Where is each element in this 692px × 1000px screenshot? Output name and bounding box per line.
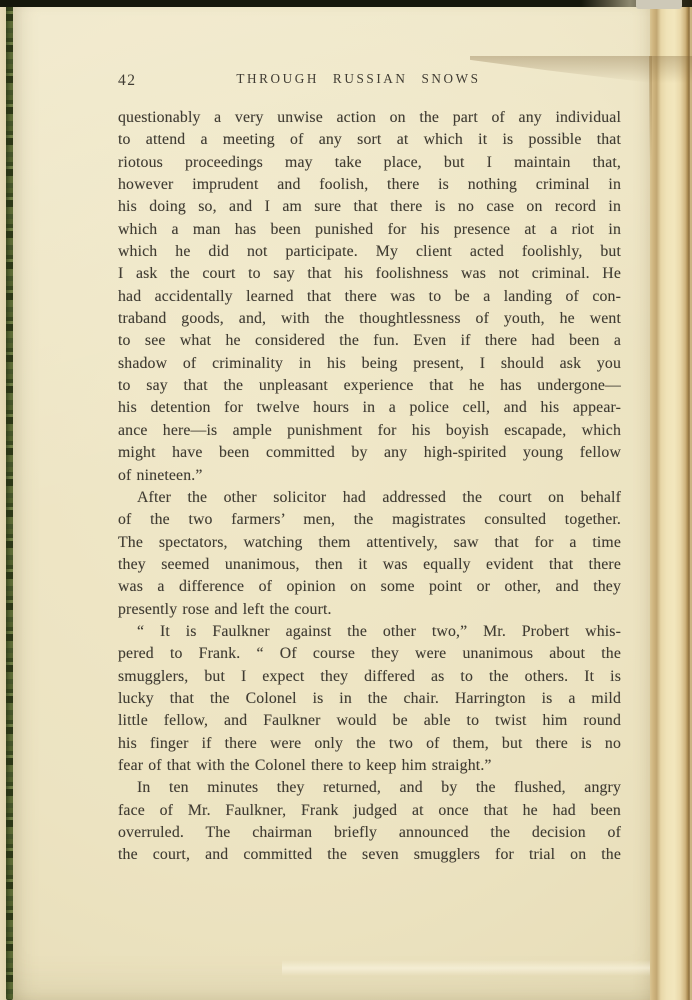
text-line: After the other solicitor had addressed … [118,487,621,509]
text-line: to attend a meeting of any sort at which… [118,129,621,151]
text-line: pered to Frank. “ Of course they were un… [118,643,621,665]
paragraph: questionably a very unwise action on the… [118,107,621,487]
text-line: to say that the unpleasant experience th… [118,375,621,397]
running-title: THROUGH RUSSIAN SNOWS [107,71,610,87]
text-line: however imprudent and foolish, there is … [118,174,621,196]
text-line: The spectators, watching them attentivel… [118,532,621,554]
page-header: 42 THROUGH RUSSIAN SNOWS [118,71,621,91]
text-line: which a man has been punished for his pr… [118,219,621,241]
page-stack-right-edge [650,0,692,1000]
text-line: his finger if there were only the two of… [118,733,621,755]
text-line: the court, and committed the seven smugg… [118,844,621,866]
text-line: of nineteen.” [118,465,621,487]
text-line: smugglers, but I expect they differed as… [118,666,621,688]
background-gap [636,0,682,9]
paragraph: In ten minutes they returned, and by the… [118,777,621,866]
text-line: shadow of criminality in his being prese… [118,353,621,375]
paragraph: “ It is Faulkner against the other two,”… [118,621,621,777]
text-line: In ten minutes they returned, and by the… [118,777,621,799]
text-line: fear of that with the Colonel there to k… [118,755,621,777]
paragraph: After the other solicitor had addressed … [118,487,621,621]
binding-cloth-edge [6,2,13,1000]
text-line: which he did not participate. My client … [118,241,621,263]
text-line: they seemed unanimous, then it was equal… [118,554,621,576]
text-line: little fellow, and Faulkner would be abl… [118,710,621,732]
text-line: questionably a very unwise action on the… [118,107,621,129]
page-corner-crease [649,56,652,161]
text-line: his doing so, and I am sure that there i… [118,196,621,218]
book-top-edge [0,0,692,7]
text-line: lucky that the Colonel is in the chair. … [118,688,621,710]
text-line: was a difference of opinion on some poin… [118,576,621,598]
text-line: his detention for twelve hours in a poli… [118,397,621,419]
text-line: had accidentally learned that there was … [118,286,621,308]
text-line: of the two farmers’ men, the magistrates… [118,509,621,531]
text-line: ance here—is ample punishment for his bo… [118,420,621,442]
text-line: might have been committed by any high-sp… [118,442,621,464]
text-line: traband goods, and, with the thoughtless… [118,308,621,330]
text-line: “ It is Faulkner against the other two,”… [118,621,621,643]
scanned-book-page: 42 THROUGH RUSSIAN SNOWS questionably a … [0,0,692,1000]
text-line: face of Mr. Faulkner, Frank judged at on… [118,800,621,822]
text-line: presently rose and left the court. [118,599,621,621]
body-text: questionably a very unwise action on the… [118,107,621,867]
text-line: overruled. The chairman briefly announce… [118,822,621,844]
text-line: to see what he considered the fun. Even … [118,330,621,352]
text-line: riotous proceedings may take place, but … [118,152,621,174]
text-line: I ask the court to say that his foolishn… [118,263,621,285]
